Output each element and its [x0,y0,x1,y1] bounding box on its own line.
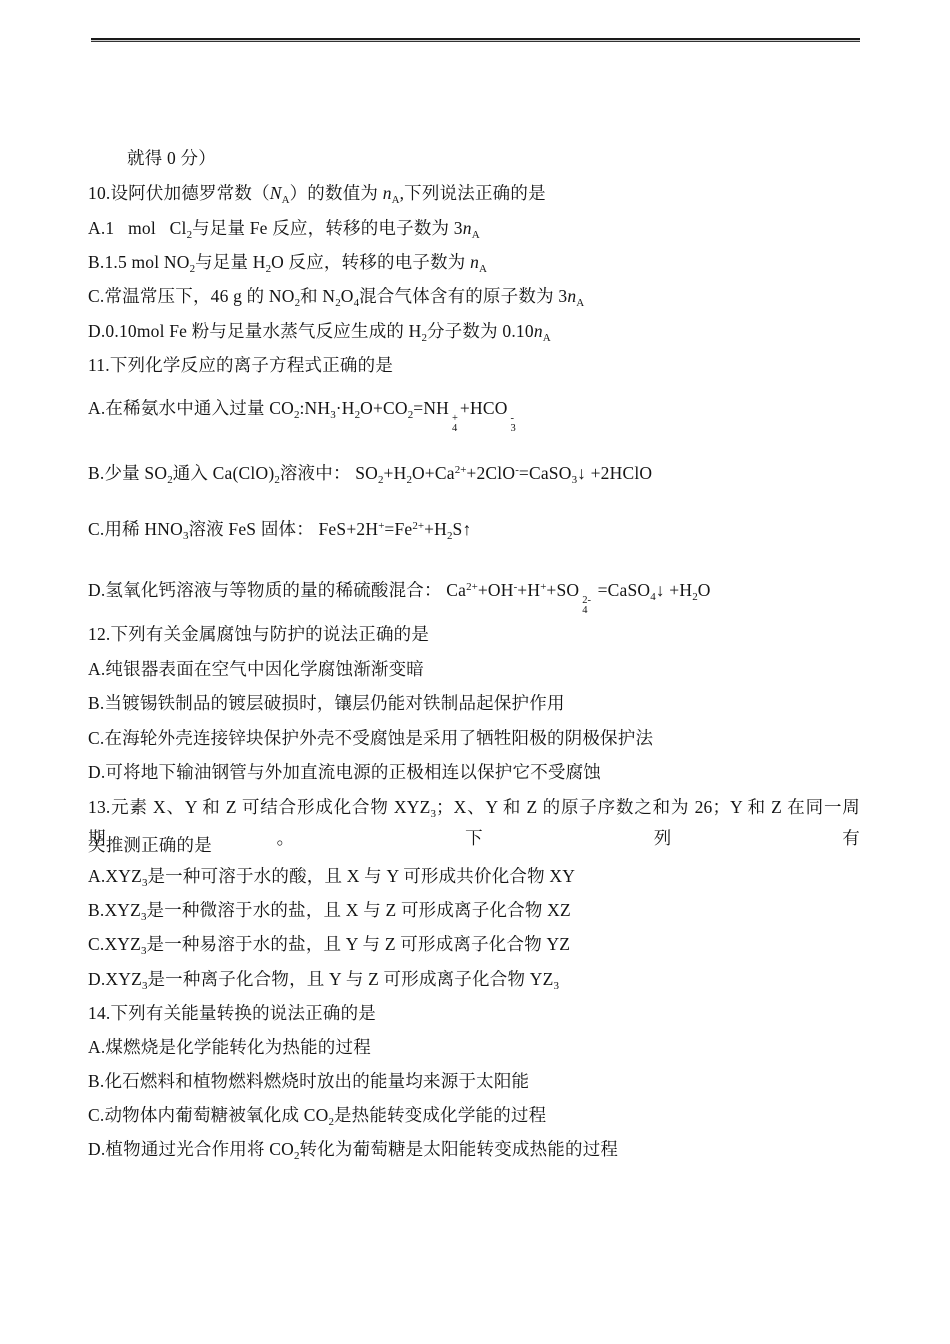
run-text: D.XYZ [88,969,142,989]
run-text: 14.下列有关能量转换的说法正确的是 [88,1003,376,1023]
stacked-charge-subscript: +4 [452,414,458,433]
run-text: =CaSO [593,580,650,600]
sup-text: 2+ [466,581,478,593]
text-line: A.XYZ3是一种可溶于水的酸，且 X 与 Y 可形成共价化合物 XY [88,864,575,895]
sup-text: 2+ [412,520,424,532]
run-text: +2ClO [466,463,515,483]
run-text: 关推测正确的是 [88,835,212,855]
text-line: D.0.10mol Fe 粉与足量水蒸气反应生成的 H2分子数为 0.10nA [88,319,551,350]
run-text: O [698,580,711,600]
run-text: ↓ +2HClO [577,463,652,483]
run-text: D.可将地下输油钢管与外加直流电源的正极相连以保护它不受腐蚀 [88,762,601,782]
run-text: n [470,252,479,272]
run-text: +HCO [460,398,508,418]
text-line: A.纯银器表面在空气中因化学腐蚀渐渐变暗 [88,657,424,681]
run-text: 11.下列化学反应的离子方程式正确的是 [88,355,393,375]
run-text: ↓ +H [656,580,692,600]
run-text: 混合气体含有的原子数为 3 [359,286,567,306]
run-text: D.0.10mol Fe 粉与足量水蒸气反应生成的 H [88,321,422,341]
text-line: D.XYZ3是一种离子化合物，且 Y 与 Z 可形成离子化合物 YZ3 [88,967,559,998]
text-line: 11.下列化学反应的离子方程式正确的是 [88,353,393,377]
sub-text: A [479,263,487,275]
run-text: S↑ [453,519,472,539]
text-line: A.煤燃烧是化学能转化为热能的过程 [88,1035,371,1059]
text-line: B.化石燃料和植物燃料燃烧时放出的能量均来源于太阳能 [88,1069,529,1093]
run-text: C.用稀 HNO [88,519,183,539]
run-text: 分子数为 0.10 [427,321,534,341]
text-line: 关推测正确的是 [88,833,212,857]
sub-text: A [282,194,290,206]
run-text: 通入 Ca(ClO) [173,463,275,483]
text-line: D.植物通过光合作用将 CO2转化为葡萄糖是太阳能转变成热能的过程 [88,1137,618,1168]
run-text: C.XYZ [88,934,141,954]
run-text: n [534,321,543,341]
run-text: A.在稀氨水中通入过量 CO [88,398,294,418]
run-text: 溶液 FeS 固体： FeS+2H [188,519,378,539]
run-text: n [463,218,472,238]
run-text: =CaSO [519,463,572,483]
stacked-charge-subscript: -3 [511,414,516,433]
run-text: ）的数值为 [290,183,383,203]
run-text: 是一种离子化合物，且 Y 与 Z 可形成离子化合物 YZ [147,969,553,989]
run-text: B.少量 SO [88,463,167,483]
run-text: O+CO [360,398,408,418]
text-line: C.XYZ3是一种易溶于水的盐，且 Y 与 Z 可形成离子化合物 YZ [88,932,570,963]
run-text: 是一种微溶于水的盐，且 X 与 Z 可形成离子化合物 XZ [147,900,571,920]
run-text: 就得 0 分） [127,148,216,168]
text-line: A.1 mol Cl2与足量 Fe 反应，转移的电子数为 3nA [88,216,480,247]
text-line: C.动物体内葡萄糖被氧化成 CO2是热能转变成化学能的过程 [88,1103,546,1134]
sup-text: 2+ [455,464,467,476]
run-text: C.动物体内葡萄糖被氧化成 CO [88,1105,328,1125]
run-text: 和 N [300,286,335,306]
run-text: :NH [300,398,331,418]
run-text: A.1 mol Cl [88,218,187,238]
text-line: 14.下列有关能量转换的说法正确的是 [88,1001,376,1025]
run-text: 是一种可溶于水的酸，且 X 与 Y 可形成共价化合物 XY [147,866,575,886]
run-text: B.当镀锡铁制品的镀层破损时，镶层仍能对铁制品起保护作用 [88,693,565,713]
text-line: C.在海轮外壳连接锌块保护外壳不受腐蚀是采用了牺牲阳极的阴极保护法 [88,726,653,750]
run-text: 12.下列有关金属腐蚀与防护的说法正确的是 [88,624,429,644]
run-text: 是一种易溶于水的盐，且 Y 与 Z 可形成离子化合物 YZ [147,934,571,954]
run-text: D.植物通过光合作用将 CO [88,1139,294,1159]
text-line: C.用稀 HNO3溶液 FeS 固体： FeS+2H+=Fe2++H2S↑ [88,514,471,548]
run-text: B.1.5 mol NO [88,252,190,272]
sub-text: A [576,297,584,309]
run-text: C.在海轮外壳连接锌块保护外壳不受腐蚀是采用了牺牲阳极的阴极保护法 [88,728,653,748]
run-text: 溶液中： SO [280,463,378,483]
run-text: 与足量 Fe 反应，转移的电子数为 3 [192,218,463,238]
sub-text: A [392,194,400,206]
run-text: =NH [413,398,449,418]
text-line: C.常温常压下，46 g 的 NO2和 N2O4混合气体含有的原子数为 3nA [88,284,584,315]
run-text: ·H [336,398,355,418]
exam-page: 就得 0 分）10.设阿伏加德罗常数（NA）的数值为 nA,下列说法正确的是A.… [0,0,950,1344]
text-line: B.XYZ3是一种微溶于水的盐，且 X 与 Z 可形成离子化合物 XZ [88,898,571,929]
run-text: n [567,286,576,306]
text-line: 10.设阿伏加德罗常数（NA）的数值为 nA,下列说法正确的是 [88,181,546,212]
text-line: 就得 0 分） [127,146,216,170]
run-text: C.常温常压下，46 g 的 NO [88,286,295,306]
text-line: D.氢氧化钙溶液与等物质的量的稀硫酸混合： Ca2++OH-+H++SO2-4 … [88,575,711,615]
stacked-charge-subscript: 2-4 [582,596,591,615]
run-text: n [383,183,392,203]
run-text: =Fe [384,519,412,539]
text-line: A.在稀氨水中通入过量 CO2:NH3·H2O+CO2=NH+4+HCO-3 [88,396,518,433]
run-text: O+Ca [412,463,455,483]
run-text: A.纯银器表面在空气中因化学腐蚀渐渐变暗 [88,659,424,679]
text-line: 12.下列有关金属腐蚀与防护的说法正确的是 [88,622,429,646]
run-text: B.化石燃料和植物燃料燃烧时放出的能量均来源于太阳能 [88,1071,529,1091]
run-text: +H [384,463,407,483]
run-text: 10.设阿伏加德罗常数（ [88,183,270,203]
run-text: +SO [546,580,579,600]
run-text: O [341,286,354,306]
sub-text: A [472,229,480,241]
run-text: D.氢氧化钙溶液与等物质的量的稀硫酸混合： Ca [88,580,466,600]
sub-text: 3 [553,980,559,992]
header-rule [91,38,860,42]
run-text: +H [424,519,447,539]
text-line: B.少量 SO2通入 Ca(ClO)2溶液中： SO2+H2O+Ca2++2Cl… [88,458,652,492]
run-text: +H [517,580,540,600]
text-line: B.当镀锡铁制品的镀层破损时，镶层仍能对铁制品起保护作用 [88,691,565,715]
run-text: 与足量 H [195,252,266,272]
run-text: A.XYZ [88,866,142,886]
run-text: 是热能转变成化学能的过程 [334,1105,546,1125]
run-text: A.煤燃烧是化学能转化为热能的过程 [88,1037,371,1057]
run-text: ,下列说法正确的是 [400,183,546,203]
text-line: B.1.5 mol NO2与足量 H2O 反应，转移的电子数为 nA [88,250,487,281]
run-text: 13.元素 X、Y 和 Z 可结合形成化合物 XYZ [88,797,430,817]
run-text: B.XYZ [88,900,141,920]
run-text: O 反应，转移的电子数为 [271,252,470,272]
text-line: D.可将地下输油钢管与外加直流电源的正极相连以保护它不受腐蚀 [88,760,601,784]
run-text: +OH [478,580,514,600]
sub-text: A [543,332,551,344]
header-rule-bottom [91,41,860,42]
run-text: N [270,183,282,203]
run-text: 转化为葡萄糖是太阳能转变成热能的过程 [300,1139,619,1159]
